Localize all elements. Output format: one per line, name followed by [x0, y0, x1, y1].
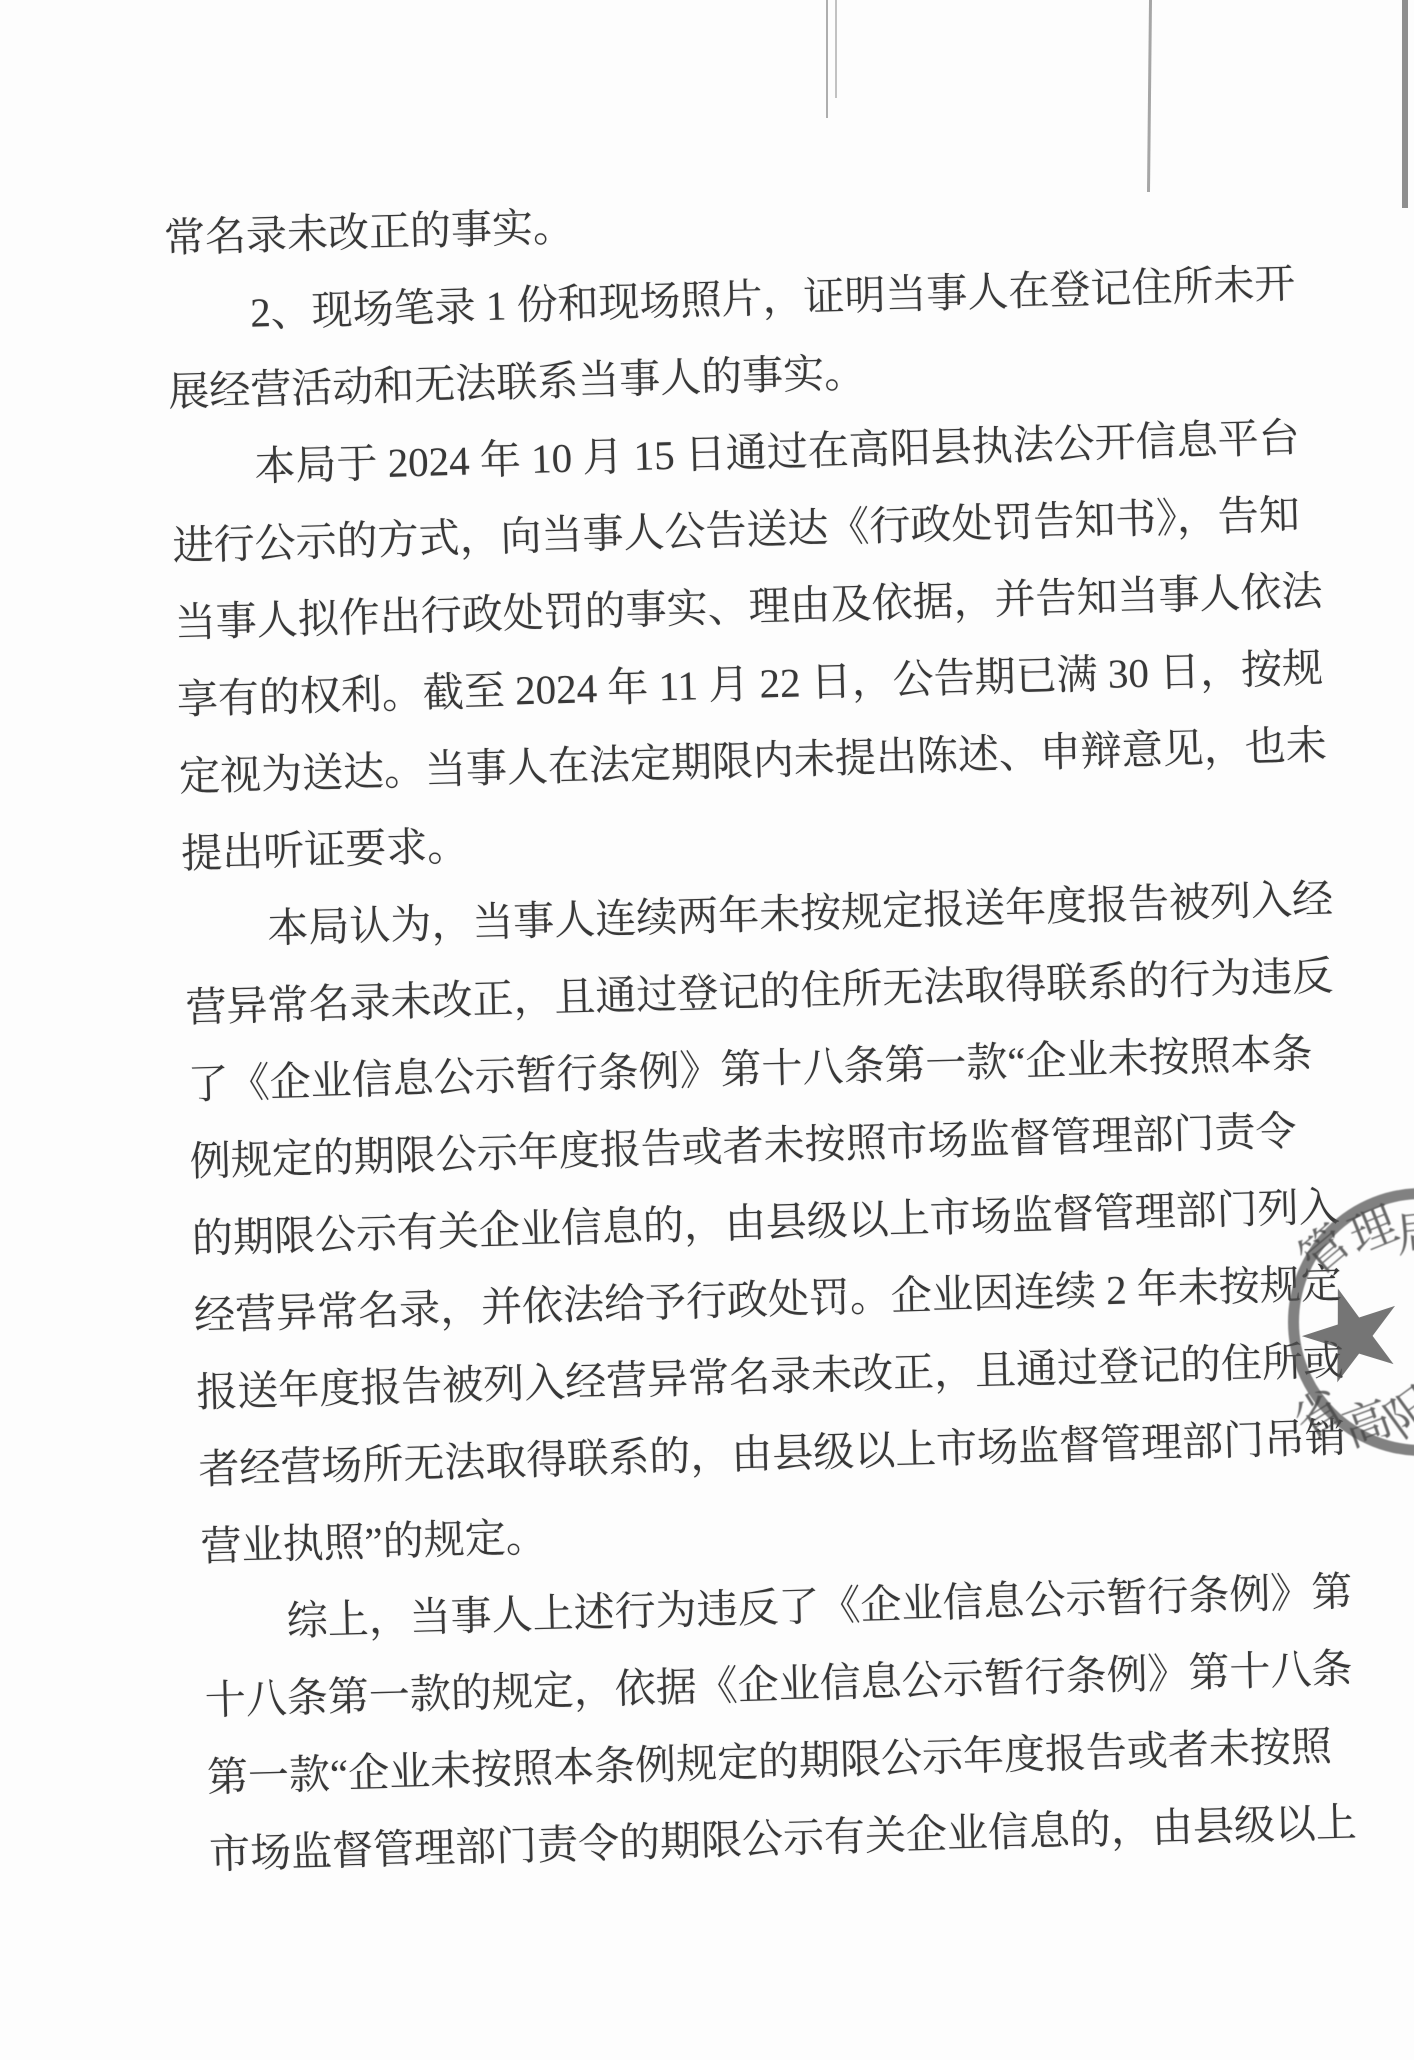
- scan-artifact-line: [1402, 0, 1408, 208]
- scanned-document-page: 常名录未改正的事实。 2、现场笔录 1 份和现场照片，证明当事人在登记住所未开 …: [0, 0, 1414, 2060]
- scan-artifact-line: [1147, 0, 1152, 192]
- scan-artifact-line: [835, 0, 837, 98]
- scan-artifact-line: [826, 0, 828, 118]
- document-body: 常名录未改正的事实。 2、现场笔录 1 份和现场照片，证明当事人在登记住所未开 …: [163, 169, 1328, 1894]
